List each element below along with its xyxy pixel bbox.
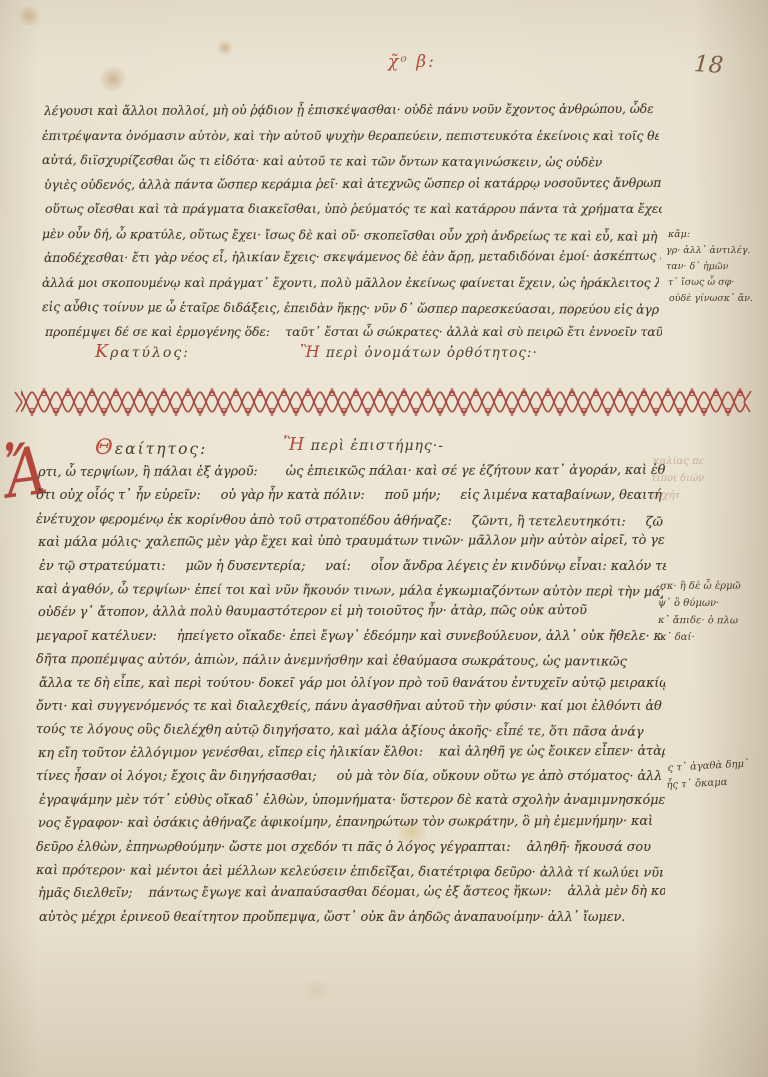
marginal-note-line: οὐδὲ γίνωσκ᾽ ἄν.	[669, 291, 754, 307]
marginal-note-line: σκ· ἢ δὲ ὦ ἑρμῶ	[660, 578, 741, 595]
parchment-stain	[216, 40, 234, 55]
text-line: ρτι, ὦ τερψίων, ἢ πάλαι ἐξ ἀγροῦ: ὡς ἐπι…	[38, 459, 665, 485]
text-line: ἡμᾶς διελθεῖν; πάντως ἔγωγε καὶ ἀναπαύσα…	[38, 880, 665, 906]
marginal-note: σκ· ἢ δὲ ὦ ἑρμῶ ψ᾽ ὃ θύμων· κ᾽ ἄπιδε· ὁ …	[658, 578, 739, 646]
text-line: καὶ μάλα μόλις· χαλεπῶς μὲν γὰρ ἔχει καὶ…	[38, 529, 665, 555]
text-line: ἐπιτρέψαντα ὀνόμασιν αὑτὸν, καὶ τὴν αὑτο…	[42, 124, 659, 149]
text-line: ἀλλά μοι σκοπουμένῳ καὶ πράγματ᾽ ἔχοντι,…	[42, 271, 659, 296]
parchment-stain	[16, 6, 42, 26]
marginal-note-line: κἄμ:	[668, 227, 753, 243]
marginal-note-line: καλίας πε	[653, 453, 706, 470]
text-line: τίνες ἦσαν οἱ λόγοι; ἔχοις ἂν διηγήσασθα…	[36, 765, 663, 788]
parchment-stain	[98, 66, 128, 92]
dialogue-subtitle: Ἢ περὶ ἐπιστήμης·-	[283, 435, 444, 455]
text-line: εἰς αὖθις τοίνυν με ὦ ἑταῖρε διδάξεις, ἐ…	[42, 295, 659, 322]
marginal-note-line: κ᾽ δαί·	[660, 629, 741, 646]
cratylus-subscription: Κρατύλος: Ἢ περὶ ὀνομάτων ὀρθότητος:·	[0, 342, 768, 366]
manuscript-page: χ̃ᵒ β: 18 λέγουσι καὶ ἄλλοι πολλοί, μὴ ο…	[0, 0, 768, 1077]
marginal-note-line: τυχήτ	[651, 487, 704, 504]
text-line: ἀποδέχεσθαι· ἔτι γὰρ νέος εἶ, ἡλικίαν ἔχ…	[44, 244, 661, 271]
cratylus-text-block: λέγουσι καὶ ἄλλοι πολλοί, μὴ οὐ ῥᾴδιον ᾖ…	[42, 99, 659, 344]
marginal-note-line: κ᾽ ἄπιδε· ὁ πλω	[658, 612, 739, 629]
subscription-speaker: Κρατύλος:	[95, 342, 190, 362]
text-line: ἄλλα τε δὴ εἶπε, καὶ περὶ τούτου· δοκεῖ …	[39, 672, 666, 695]
marginal-note-line: τίποι διών	[651, 470, 704, 487]
folio-number: 18	[693, 51, 724, 79]
text-line: μεγαροῖ κατέλυεν: ἠπείγετο οἴκαδε· ἐπεὶ …	[36, 625, 663, 648]
text-line: αὐτὸς μέχρι ἐρινεοῦ θεαίτητον προὔπεμψα,…	[39, 906, 666, 929]
theaetetus-text-block: ρτι, ὦ τερψίων, ἢ πάλαι ἐξ ἀγροῦ: ὡς ἐπι…	[36, 461, 663, 929]
marginal-note-faded: καλίας πε τίποι διών τυχήτ	[651, 453, 704, 504]
text-line: ἐγραψάμην μὲν τότ᾽ εὐθὺς οἴκαδ᾽ ἐλθὼν, ὑ…	[39, 789, 666, 812]
text-line: οὐδέν γ᾽ ἄτοπον, ἀλλὰ πολὺ θαυμαστότερον…	[38, 599, 665, 625]
text-line: ὑγιὲς οὐδενός, ἀλλὰ πάντα ὥσπερ κεράμια …	[44, 170, 661, 197]
text-line: προπέμψει δέ σε καὶ ἑρμογένης ὅδε: ταῦτ᾽…	[45, 320, 662, 345]
marginal-note-line: ψ᾽ ὃ θύμων·	[658, 595, 739, 612]
dialogue-title: Θεαίτητος:	[95, 435, 207, 460]
text-line: οὕτως οἴεσθαι καὶ τὰ πράγματα διακεῖσθαι…	[45, 197, 662, 222]
parchment-stain	[300, 980, 334, 1000]
text-line: ἐν τῷ στρατεύματι: μῶν ἡ δυσεντερία; ναί…	[39, 555, 666, 578]
text-line: νος ἔγραφον· καὶ ὁσάκις ἀθήναζε ἀφικοίμη…	[38, 810, 665, 836]
text-line: δεῦρο ἐλθὼν, ἐπηνωρθούμην· ὥστε μοι σχεδ…	[36, 836, 663, 859]
quire-mark: χ̃ᵒ β:	[388, 52, 436, 72]
marginal-note-line: γρ· ἀλλ᾽ ἀντιλέγ.	[666, 243, 751, 259]
marginal-note-line: ταν· δ᾽ ἡμῶν	[666, 259, 751, 275]
text-line: ὅτι οὐχ οἷός τ᾽ ἦν εὑρεῖν: οὐ γὰρ ἦν κατ…	[36, 484, 663, 507]
subscription-title: Ἢ περὶ ὀνομάτων ὀρθότητος:·	[300, 342, 538, 361]
interlace-ornament-band	[14, 387, 752, 417]
marginal-note: κἄμ: γρ· ἀλλ᾽ ἀντιλέγ. ταν· δ᾽ ἡμῶν τ᾽ ἴ…	[666, 227, 751, 307]
text-line: λέγουσι καὶ ἄλλοι πολλοί, μὴ οὐ ῥᾴδιον ᾖ…	[44, 97, 661, 124]
text-line: κη εἴη τοῦτον ἐλλόγιμον γενέσθαι, εἴπερ …	[38, 740, 665, 766]
marginal-note-line: τ᾽ ἴσως ὦ σφ·	[668, 275, 753, 291]
text-line: δῆτα προπέμψας αὐτόν, ἀπιὼν, πάλιν ἀνεμν…	[36, 648, 663, 674]
marginal-note: ς τ᾽ ἀγαθὰ δημ᾽ ἧς τ᾽ ὄκαμα	[665, 756, 748, 794]
text-line: ὄντι· καὶ συγγενόμενός τε καὶ διαλεχθείς…	[36, 695, 663, 718]
